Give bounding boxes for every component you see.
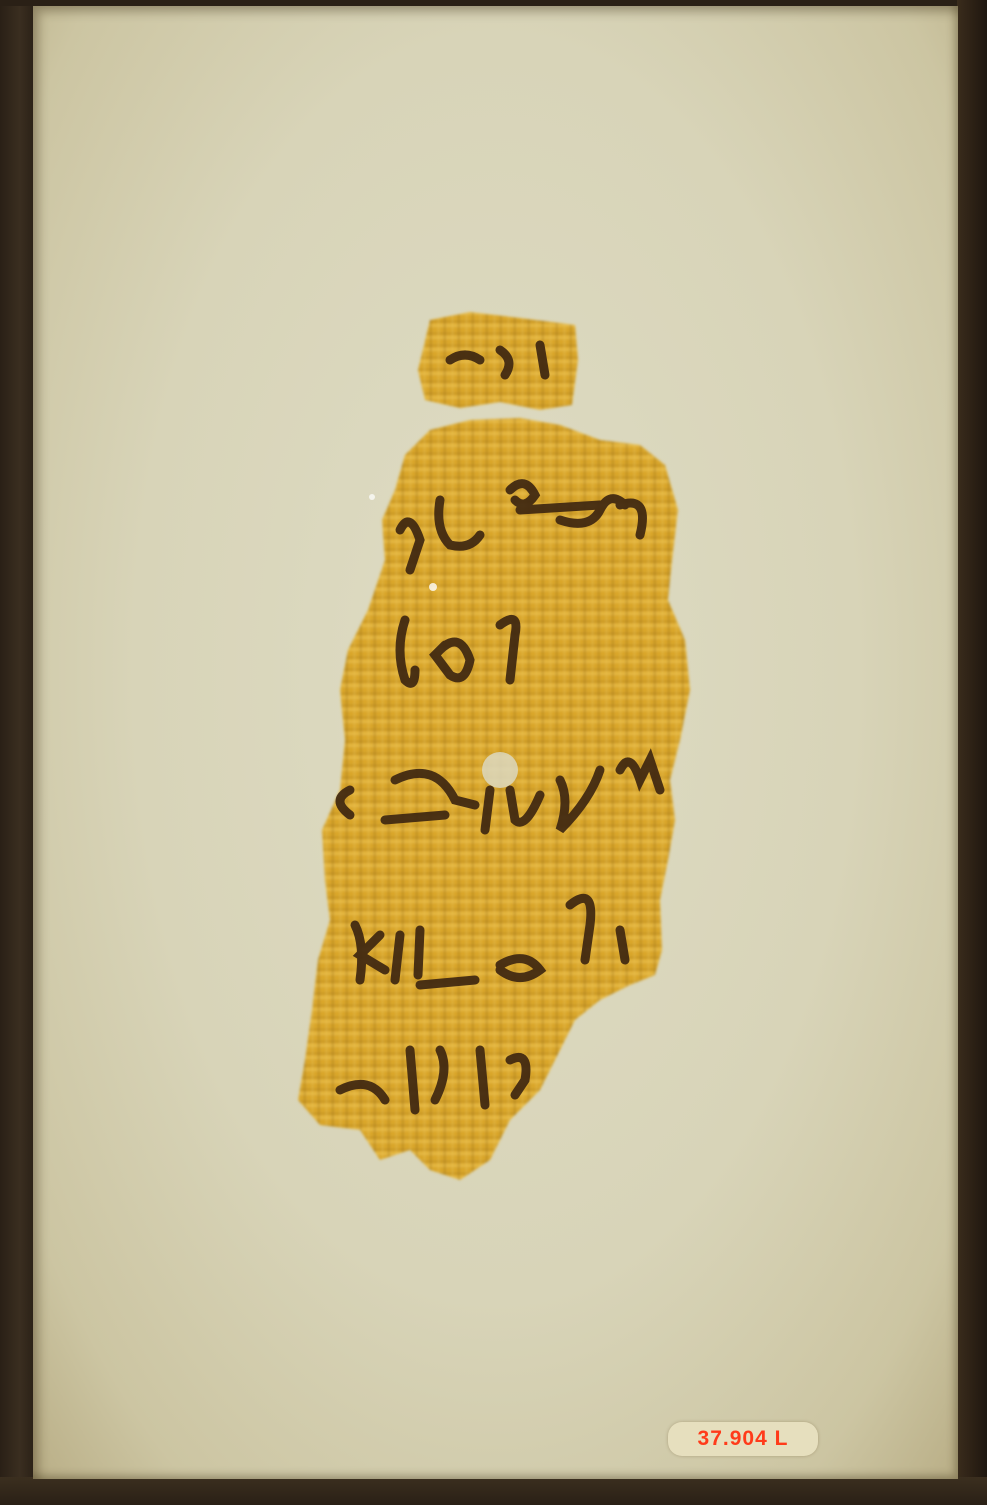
catalog-number-text: 37.904 L bbox=[698, 1427, 789, 1451]
catalog-number-label: 37.904 L bbox=[668, 1422, 818, 1456]
hole-in-papyrus bbox=[482, 752, 518, 788]
papyrus-main-body bbox=[298, 418, 690, 1180]
papyrus-top-piece bbox=[418, 312, 578, 410]
papyrus-fragment bbox=[0, 0, 987, 1505]
